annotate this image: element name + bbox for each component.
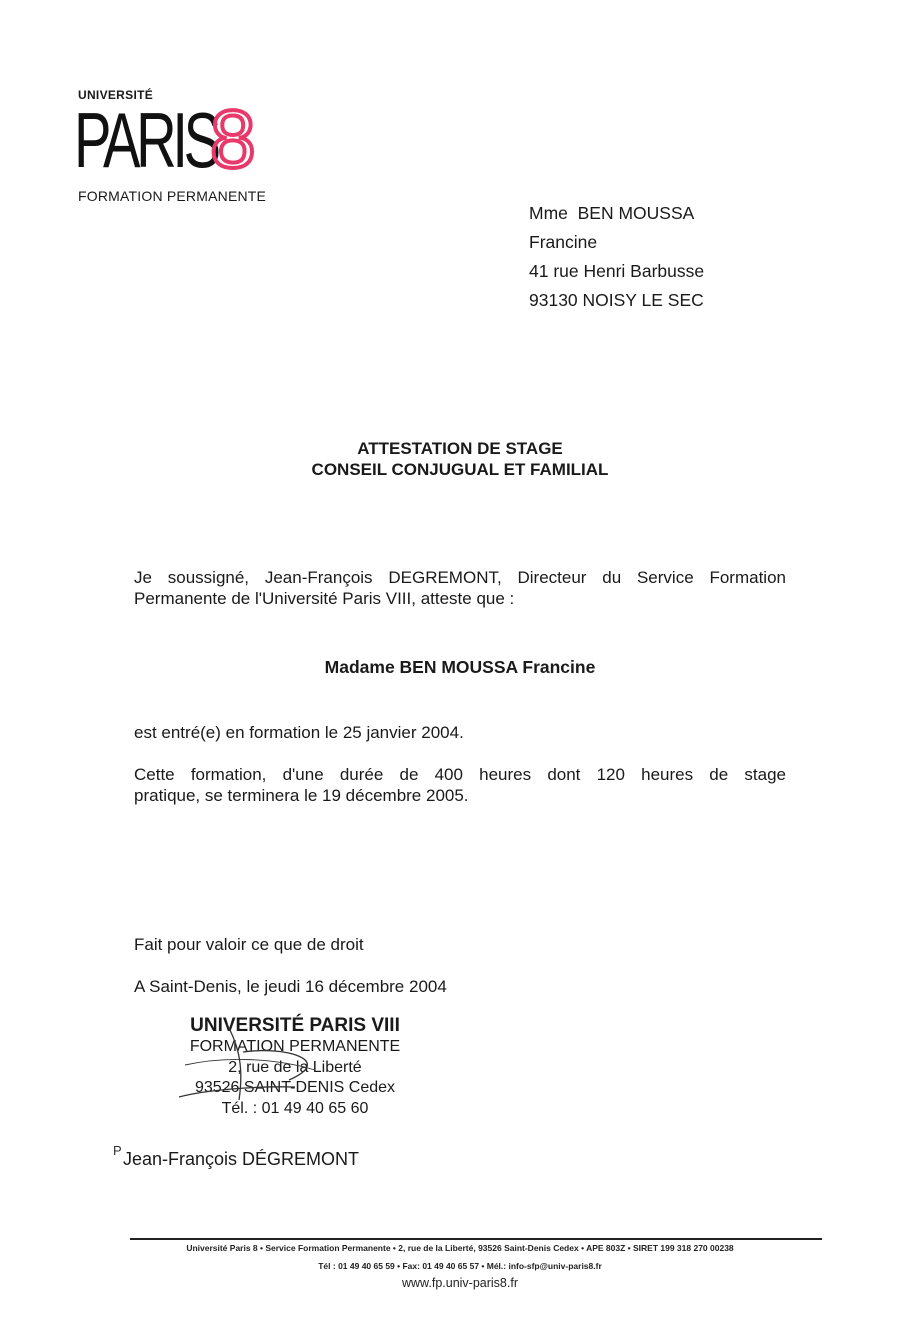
title-line-2: CONSEIL CONJUGUAL ET FAMILIAL <box>0 459 920 480</box>
signature-initial-icon: P <box>113 1143 122 1158</box>
logo-department-label: FORMATION PERMANENTE <box>78 188 266 204</box>
footer-website-link[interactable]: www.fp.univ-paris8.fr <box>0 1276 920 1290</box>
logo-eight-numeral: 8 <box>210 100 256 180</box>
duration-paragraph: Cette formation, d'une durée de 400 heur… <box>134 764 786 806</box>
intro-line-1: Je soussigné, Jean-François DEGREMONT, D… <box>134 567 786 588</box>
title-line-1: ATTESTATION DE STAGE <box>0 438 920 459</box>
footer-address: Université Paris 8 • Service Formation P… <box>0 1243 920 1253</box>
recipient-street: 41 rue Henri Barbusse <box>529 257 704 286</box>
entry-paragraph: est entré(e) en formation le 25 janvier … <box>134 722 786 743</box>
university-logo: PARIS 8 <box>74 100 272 180</box>
footer-contact: Tél : 01 49 40 65 59 • Fax: 01 49 40 65 … <box>0 1261 920 1271</box>
trainee-name: Madame BEN MOUSSA Francine <box>0 657 920 678</box>
recipient-address: Mme BEN MOUSSA Francine 41 rue Henri Bar… <box>529 199 704 315</box>
recipient-city: 93130 NOISY LE SEC <box>529 286 704 315</box>
footer-divider <box>130 1238 822 1240</box>
duration-line-1: Cette formation, d'une durée de 400 heur… <box>134 764 786 785</box>
intro-paragraph: Je soussigné, Jean-François DEGREMONT, D… <box>134 567 786 609</box>
closing-text: Fait pour valoir ce que de droit <box>134 934 786 955</box>
document-title: ATTESTATION DE STAGE CONSEIL CONJUGUAL E… <box>0 438 920 480</box>
place-date: A Saint-Denis, le jeudi 16 décembre 2004 <box>134 976 786 997</box>
logo-paris-text: PARIS <box>74 100 217 180</box>
signature-scribble-icon <box>165 1020 365 1110</box>
recipient-firstname: Francine <box>529 228 704 257</box>
signer-name: Jean-François DÉGREMONT <box>123 1149 359 1170</box>
duration-line-2: pratique, se terminera le 19 décembre 20… <box>134 785 786 806</box>
intro-line-2: Permanente de l'Université Paris VIII, a… <box>134 588 786 609</box>
recipient-name: Mme BEN MOUSSA <box>529 199 704 228</box>
